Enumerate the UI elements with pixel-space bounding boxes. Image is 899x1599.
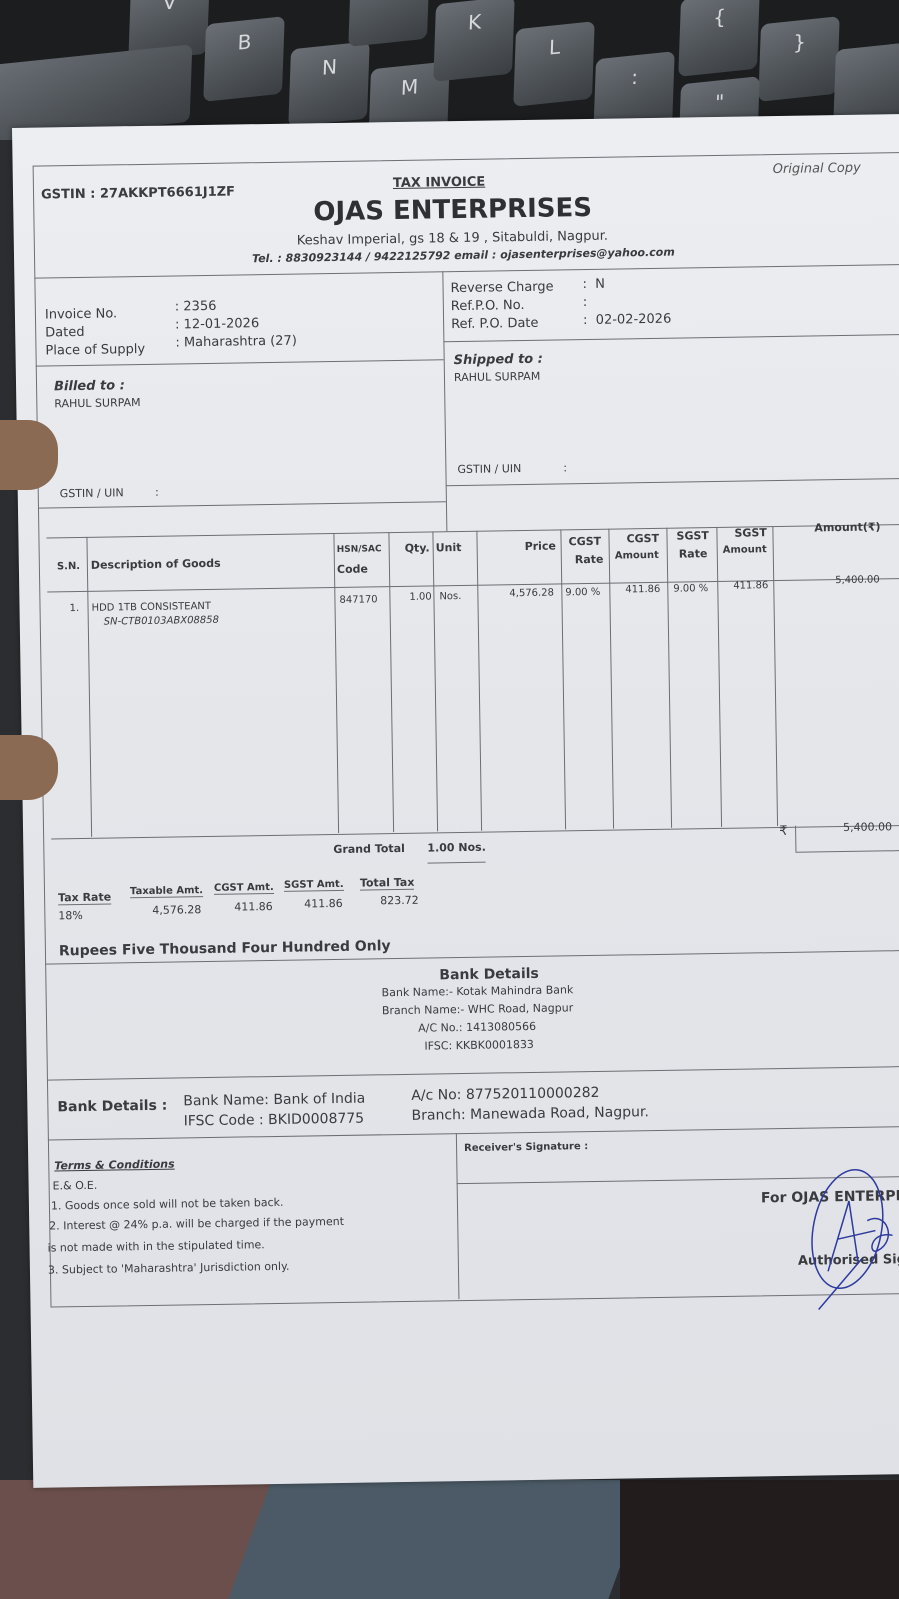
- sgst-amt-value: 411.86: [304, 897, 343, 911]
- shipped-gstin-label: GSTIN / UIN :: [457, 461, 567, 476]
- ref-po-no-label: Ref.P.O. No.: [451, 298, 525, 314]
- ref-po-date-label: Ref. P.O. Date: [451, 316, 539, 332]
- gstin-value: 27AKKPT6661J1ZF: [100, 185, 235, 202]
- col-description: Description of Goods: [91, 557, 221, 572]
- gstin-line: GSTIN : 27AKKPT6661J1ZF: [41, 185, 235, 203]
- row-sn: 1.: [69, 603, 79, 614]
- reverse-charge-label: Reverse Charge: [450, 280, 553, 297]
- receiver-signature-label: Receiver's Signature :: [464, 1141, 588, 1154]
- col-unit: Unit: [436, 541, 462, 554]
- shipped-to-name: RAHUL SURPAM: [454, 370, 540, 384]
- col-cgst-amt-top: CGST: [626, 532, 659, 546]
- place-label: Place of Supply: [45, 342, 145, 359]
- total-tax-header: Total Tax: [360, 876, 415, 891]
- row-cgst-rate: 9.00 %: [565, 587, 600, 599]
- terms-line: E.& O.E.: [53, 1179, 98, 1193]
- col-price: Price: [525, 540, 556, 553]
- bank-details-title: Bank Details: [439, 966, 539, 984]
- row-qty: 1.00: [409, 591, 431, 602]
- key-j: J: [348, 0, 429, 47]
- row-price: 4,576.28: [509, 588, 554, 600]
- account-no: A/C No.: 1413080566: [418, 1020, 536, 1035]
- grand-total-qty: 1.00 Nos.: [427, 841, 486, 864]
- col-amount: Amount(₹): [814, 520, 880, 534]
- key-l: L: [513, 21, 594, 107]
- col-cgst-rate-top: CGST: [568, 535, 601, 549]
- finger: [0, 420, 58, 490]
- signature-stamp-icon: [796, 1160, 899, 1312]
- tax-rate-value: 18%: [58, 909, 83, 922]
- col-hsn-top: HSN/SAC: [337, 544, 382, 555]
- total-tax-value: 823.72: [380, 894, 419, 908]
- sgst-amt-header: SGST Amt.: [284, 879, 344, 892]
- key-k: K: [433, 0, 514, 82]
- taxable-amt-value: 4,576.28: [152, 903, 201, 917]
- row-cgst-amount: 411.86: [625, 584, 660, 596]
- copy-label: Original Copy: [773, 161, 861, 177]
- row-serial: SN-CTB0103ABX08858: [104, 615, 219, 628]
- dated-label: Dated: [45, 325, 85, 341]
- key-b: B: [203, 16, 284, 102]
- col-cgst-amt-bottom: Amount: [615, 550, 659, 562]
- shipped-to-label: Shipped to :: [454, 352, 543, 368]
- secondary-bank-name: Bank Name: Bank of India: [183, 1091, 365, 1110]
- col-sgst-rate-top: SGST: [676, 529, 709, 543]
- ref-po-date-value: : 02-02-2026: [583, 312, 671, 328]
- col-cgst-rate-bottom: Rate: [575, 553, 604, 566]
- invoice-no-value: : 2356: [175, 299, 217, 315]
- col-sgst-amt-bottom: Amount: [723, 544, 767, 556]
- bank-details-label: Bank Details :: [57, 1098, 167, 1116]
- col-sn: S.N.: [57, 561, 80, 572]
- secondary-account-no: A/c No: 877520110000282: [411, 1085, 599, 1104]
- terms-title: Terms & Conditions: [54, 1158, 175, 1173]
- invoice-paper: GSTIN : 27AKKPT6661J1ZF TAX INVOICE Orig…: [12, 114, 899, 1488]
- cgst-amt-value: 411.86: [234, 900, 273, 914]
- company-name: OJAS ENTERPRISES: [313, 193, 592, 227]
- tax-rate-header: Tax Rate: [58, 891, 111, 906]
- finger: [0, 735, 58, 800]
- billed-to-name: RAHUL SURPAM: [54, 396, 140, 410]
- row-sgst-rate: 9.00 %: [673, 583, 708, 595]
- rupee-icon: ₹: [779, 824, 788, 839]
- grand-total-amount: 5,400.00: [843, 820, 892, 834]
- col-qty: Qty.: [405, 541, 430, 554]
- cgst-amt-header: CGST Amt.: [214, 882, 274, 895]
- taxable-amt-header: Taxable Amt.: [130, 885, 203, 898]
- row-amount: 5,400.00: [835, 574, 880, 586]
- invoice-no-label: Invoice No.: [45, 306, 117, 322]
- items-table: [46, 524, 899, 840]
- billed-gstin-label: GSTIN / UIN :: [60, 486, 159, 501]
- place-value: : Maharashtra (27): [175, 334, 297, 351]
- invoice-sheet: GSTIN : 27AKKPT6661J1ZF TAX INVOICE Orig…: [33, 152, 899, 166]
- col-sgst-rate-bottom: Rate: [679, 547, 708, 560]
- key-n: N: [288, 41, 369, 127]
- dated-value: : 12-01-2026: [175, 316, 259, 332]
- row-unit: Nos.: [439, 591, 461, 602]
- key-brace-close: }: [758, 16, 839, 102]
- col-hsn-bottom: Code: [337, 562, 368, 575]
- ifsc-code: IFSC: KKBK0001833: [424, 1038, 534, 1053]
- reverse-charge-value: : N: [582, 277, 605, 292]
- billed-to-label: Billed to :: [54, 378, 125, 394]
- ref-po-no-value: :: [583, 295, 592, 310]
- row-description: HDD 1TB CONSISTEANT: [91, 601, 211, 614]
- row-sgst-amount: 411.86: [733, 580, 768, 592]
- table-surface-background: [0, 1480, 899, 1599]
- secondary-ifsc: IFSC Code : BKID0008775: [183, 1111, 364, 1130]
- col-sgst-amt-top: SGST: [734, 526, 767, 540]
- doc-type: TAX INVOICE: [393, 175, 486, 191]
- grand-total-label: Grand Total: [333, 842, 405, 856]
- key-brace-open: {: [678, 0, 759, 77]
- row-hsn: 847170: [339, 594, 377, 606]
